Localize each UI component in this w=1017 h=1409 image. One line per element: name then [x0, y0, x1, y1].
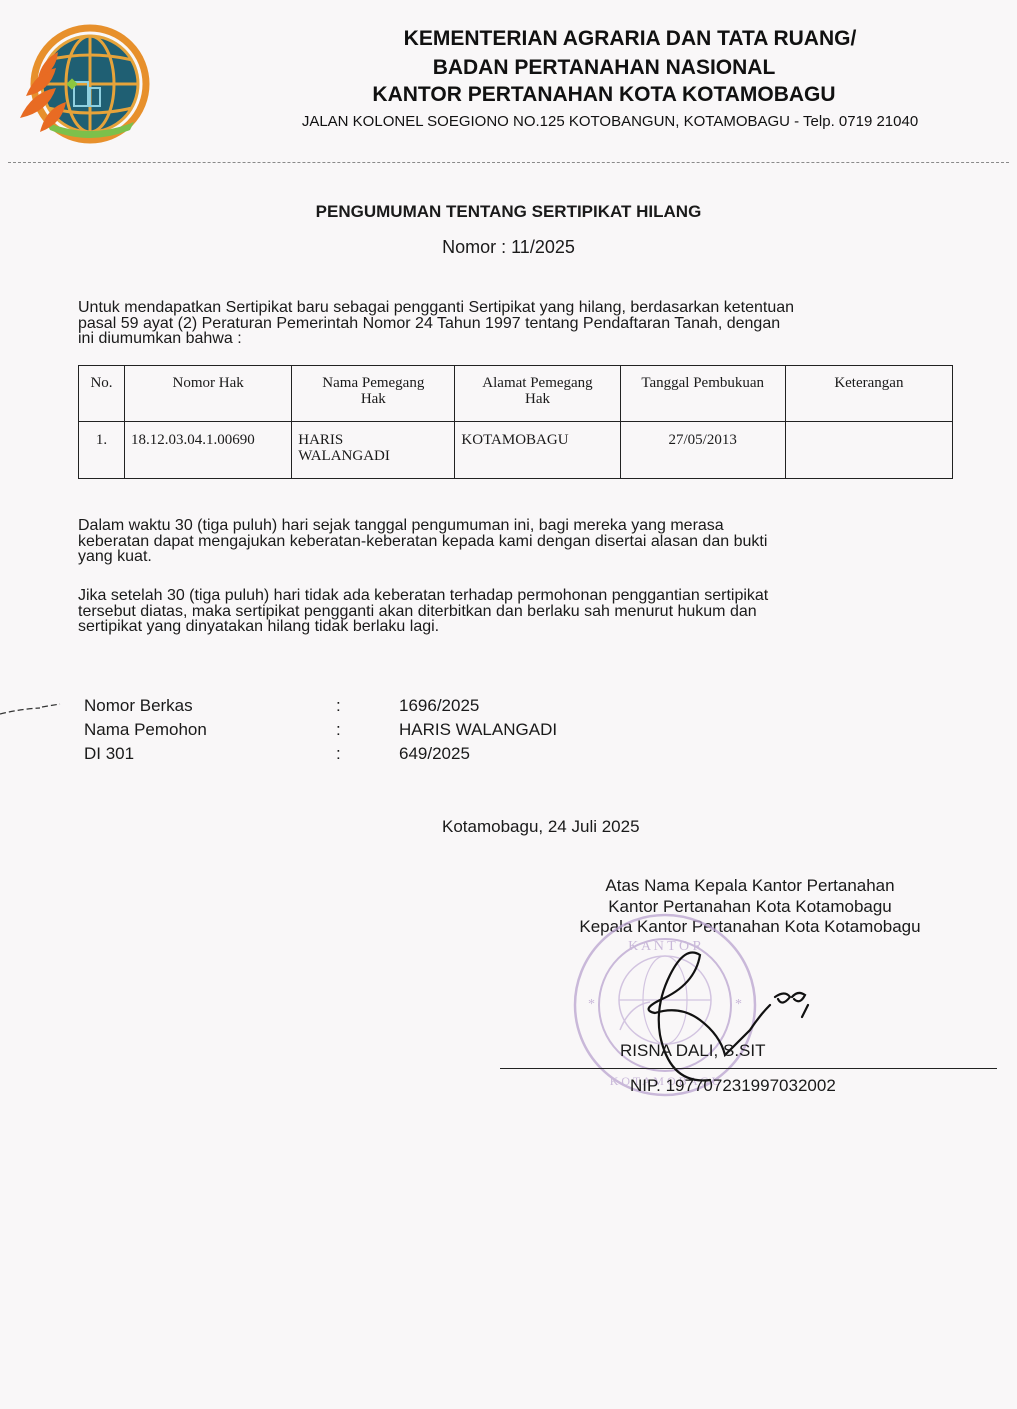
cell-tanggal-pembukuan: 27/05/2013 [620, 422, 785, 479]
header-nomor-hak: Nomor Hak [125, 366, 292, 422]
header-nama-pemegang: Nama PemegangHak [292, 366, 455, 422]
signature-line [500, 1068, 997, 1069]
signer-nip: NIP. 197707231997032002 [630, 1076, 836, 1096]
letterhead-agency: BADAN PERTANAHAN NASIONAL [254, 56, 954, 80]
ministry-logo-icon [12, 22, 152, 152]
place-and-date: Kotamobagu, 24 Juli 2025 [442, 817, 640, 837]
cell-keterangan [785, 422, 952, 479]
svg-text:*: * [588, 997, 595, 1012]
table-header-row: No. Nomor Hak Nama PemegangHak Alamat Pe… [79, 366, 953, 422]
header-alamat-pemegang: Alamat PemegangHak [455, 366, 620, 422]
application-details: Nomor Berkas : 1696/2025 Nama Pemohon : … [84, 694, 684, 766]
cell-nama-pemegang: HARISWALANGADI [292, 422, 455, 479]
signer-name: RISNA DALI, S.SIT [620, 1041, 766, 1061]
cell-alamat-pemegang: KOTAMOBAGU [455, 422, 620, 479]
table-row: 1. 18.12.03.04.1.00690 HARISWALANGADI KO… [79, 422, 953, 479]
announcement-title: PENGUMUMAN TENTANG SERTIPIKAT HILANG [0, 202, 1017, 222]
pen-mark [0, 700, 70, 720]
issuance-paragraph: Jika setelah 30 (tiga puluh) hari tidak … [78, 588, 938, 635]
header-no: No. [79, 366, 125, 422]
announcement-number: Nomor : 11/2025 [0, 237, 1017, 258]
detail-row-nama-pemohon: Nama Pemohon : HARIS WALANGADI [84, 718, 684, 742]
handwritten-signature-icon [600, 935, 840, 1095]
header-tanggal-pembukuan: Tanggal Pembukuan [620, 366, 785, 422]
header-keterangan: Keterangan [785, 366, 952, 422]
letterhead-address: JALAN KOLONEL SOEGIONO NO.125 KOTOBANGUN… [220, 113, 1000, 130]
objection-paragraph: Dalam waktu 30 (tiga puluh) hari sejak t… [78, 518, 938, 565]
cell-nomor-hak: 18.12.03.04.1.00690 [125, 422, 292, 479]
letterhead-divider [8, 162, 1009, 163]
detail-row-di301: DI 301 : 649/2025 [84, 742, 684, 766]
intro-paragraph: Untuk mendapatkan Sertipikat baru sebaga… [78, 300, 938, 347]
detail-row-nomor-berkas: Nomor Berkas : 1696/2025 [84, 694, 684, 718]
lost-certificate-table: No. Nomor Hak Nama PemegangHak Alamat Pe… [78, 365, 953, 479]
letterhead-office: KANTOR PERTANAHAN KOTA KOTAMOBAGU [254, 83, 954, 107]
letterhead-ministry: KEMENTERIAN AGRARIA DAN TATA RUANG/ [280, 27, 980, 51]
cell-no: 1. [79, 422, 125, 479]
